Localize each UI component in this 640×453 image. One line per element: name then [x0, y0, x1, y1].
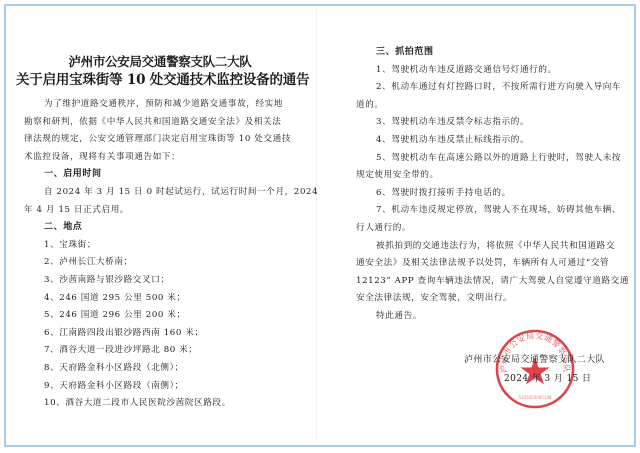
capture-rule-line: 2、机动车通过有灯控路口时，不按所需行进方向驶入导向车 [356, 79, 628, 97]
location-item: 4、246 国道 295 公里 500 米； [24, 290, 296, 308]
capture-rule-line: 行人通行的。 [356, 220, 628, 238]
location-item: 3、沙茜南路与银沙路交叉口； [24, 272, 296, 290]
signature-date: 2024 年 3 月 15 日 [504, 371, 591, 384]
capture-rule-line: 1、驾驶机动车违反道路交通信号灯通行的。 [356, 62, 628, 80]
official-seal-icon: 泸州市公安局交通警察支队二大队 5105020065348 [493, 327, 577, 411]
document-title: 关于启用宝珠街等 10 处交通技术监控设备的通告 [16, 68, 306, 88]
location-item: 7、酒谷大道一段进沙坪路北 80 米； [24, 342, 296, 360]
page-divider [316, 10, 317, 440]
intro-line: 术监控设备，现将有关事项通告如下： [24, 149, 296, 167]
capture-scope-section: 三、抓拍范围 1、驾驶机动车违反道路交通信号灯通行的。 2、机动车通过有灯控路口… [356, 44, 628, 326]
capture-rule-line: 道的。 [356, 97, 628, 115]
closing-line: 被抓拍到的交通违法行为，将依照《中华人民共和国道路交 [356, 238, 628, 256]
intro-line: 勘察和研判，依据《中华人民共和国道路交通安全法》及相关法 [24, 114, 296, 132]
section-heading-capture-scope: 三、抓拍范围 [356, 44, 628, 62]
location-item: 6、江南路四段出银沙路西南 160 米； [24, 325, 296, 343]
location-item: 1、宝珠街； [24, 237, 296, 255]
capture-rule-line: 5、驾驶机动车在高速公路以外的道路上行驶时，驾驶人未按 [356, 150, 628, 168]
capture-rule-line: 7、机动车违反规定停放，驾驶人不在现场，妨碍其他车辆、 [356, 202, 628, 220]
closing-line: 特此通告。 [356, 308, 628, 326]
location-item: 9、天府路金科小区路段（南侧）； [24, 378, 296, 396]
capture-rule-line: 6、驾驶时拨打接听手持电话的。 [356, 185, 628, 203]
capture-rule-line: 4、驾驶机动车违反禁止标线指示的。 [356, 132, 628, 150]
start-time-line: 自 2024 年 3 月 15 日 0 时起试运行，试运行时间一个月，2024 [24, 184, 296, 202]
closing-line: 12123” APP 查询车辆违法情况，请广大驾驶人自觉遵守道路交通 [356, 273, 628, 291]
closing-line: 通安全法》及相关法律法规予以处罚，车辆所有人可通过“交管 [356, 255, 628, 273]
intro-paragraph: 为了维护道路交通秩序，预防和减少道路交通事故，经实地 勘察和研判，依据《中华人民… [24, 96, 296, 413]
closing-line: 安全法律法规，安全驾驶，文明出行。 [356, 290, 628, 308]
intro-line: 为了维护道路交通秩序，预防和减少道路交通事故，经实地 [24, 96, 296, 114]
section-heading-locations: 二、地点 [24, 219, 296, 237]
signature-org: 泸州市公安局交通警察支队二大队 [464, 352, 605, 365]
section-heading-start-time: 一、启用时间 [24, 166, 296, 184]
svg-text:5105020065348: 5105020065348 [518, 395, 552, 400]
location-item: 5、246 国道 296 公里 200 米； [24, 307, 296, 325]
location-item: 2、泸州长江大桥南； [24, 254, 296, 272]
capture-rule-line: 3、驾驶机动车违反禁令标志指示的。 [356, 114, 628, 132]
capture-rule-line: 规定使用安全带的。 [356, 167, 628, 185]
location-item: 10、酒谷大道二段市人民医院沙茜院区路段。 [24, 395, 296, 413]
intro-line: 律法规的规定，公安交通管理部门决定启用宝珠街等 10 处交通技 [24, 131, 296, 149]
location-item: 8、天府路金科小区路段（北侧）； [24, 360, 296, 378]
start-time-line: 年 4 月 15 日正式启用。 [24, 202, 296, 220]
